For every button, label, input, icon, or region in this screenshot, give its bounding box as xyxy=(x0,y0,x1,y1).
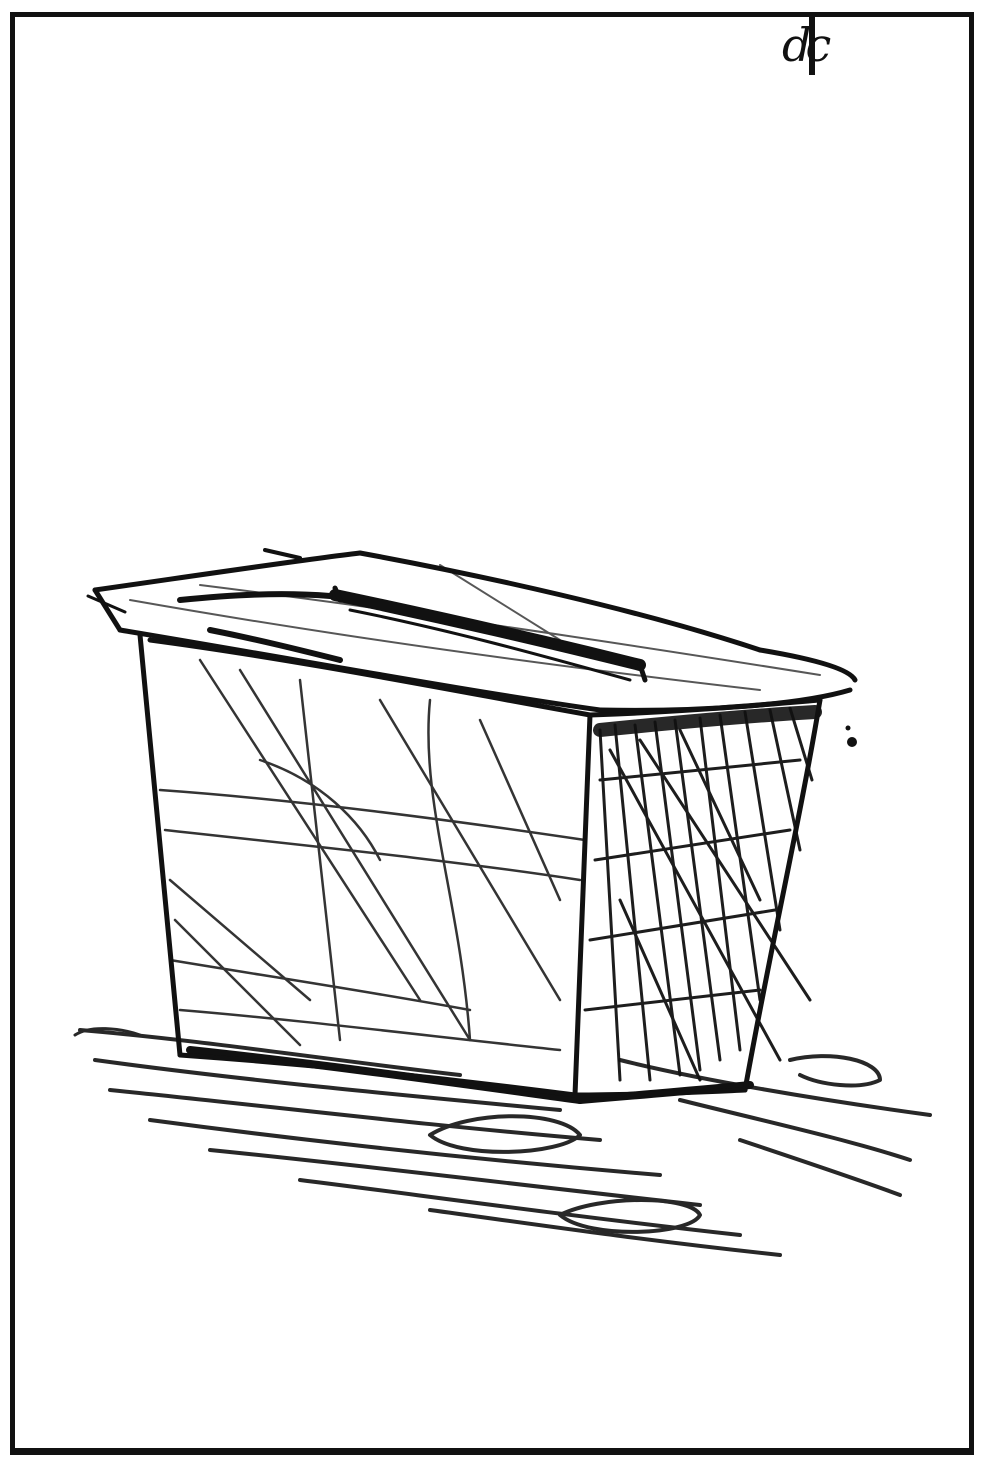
signature-stroke xyxy=(0,0,1000,1477)
